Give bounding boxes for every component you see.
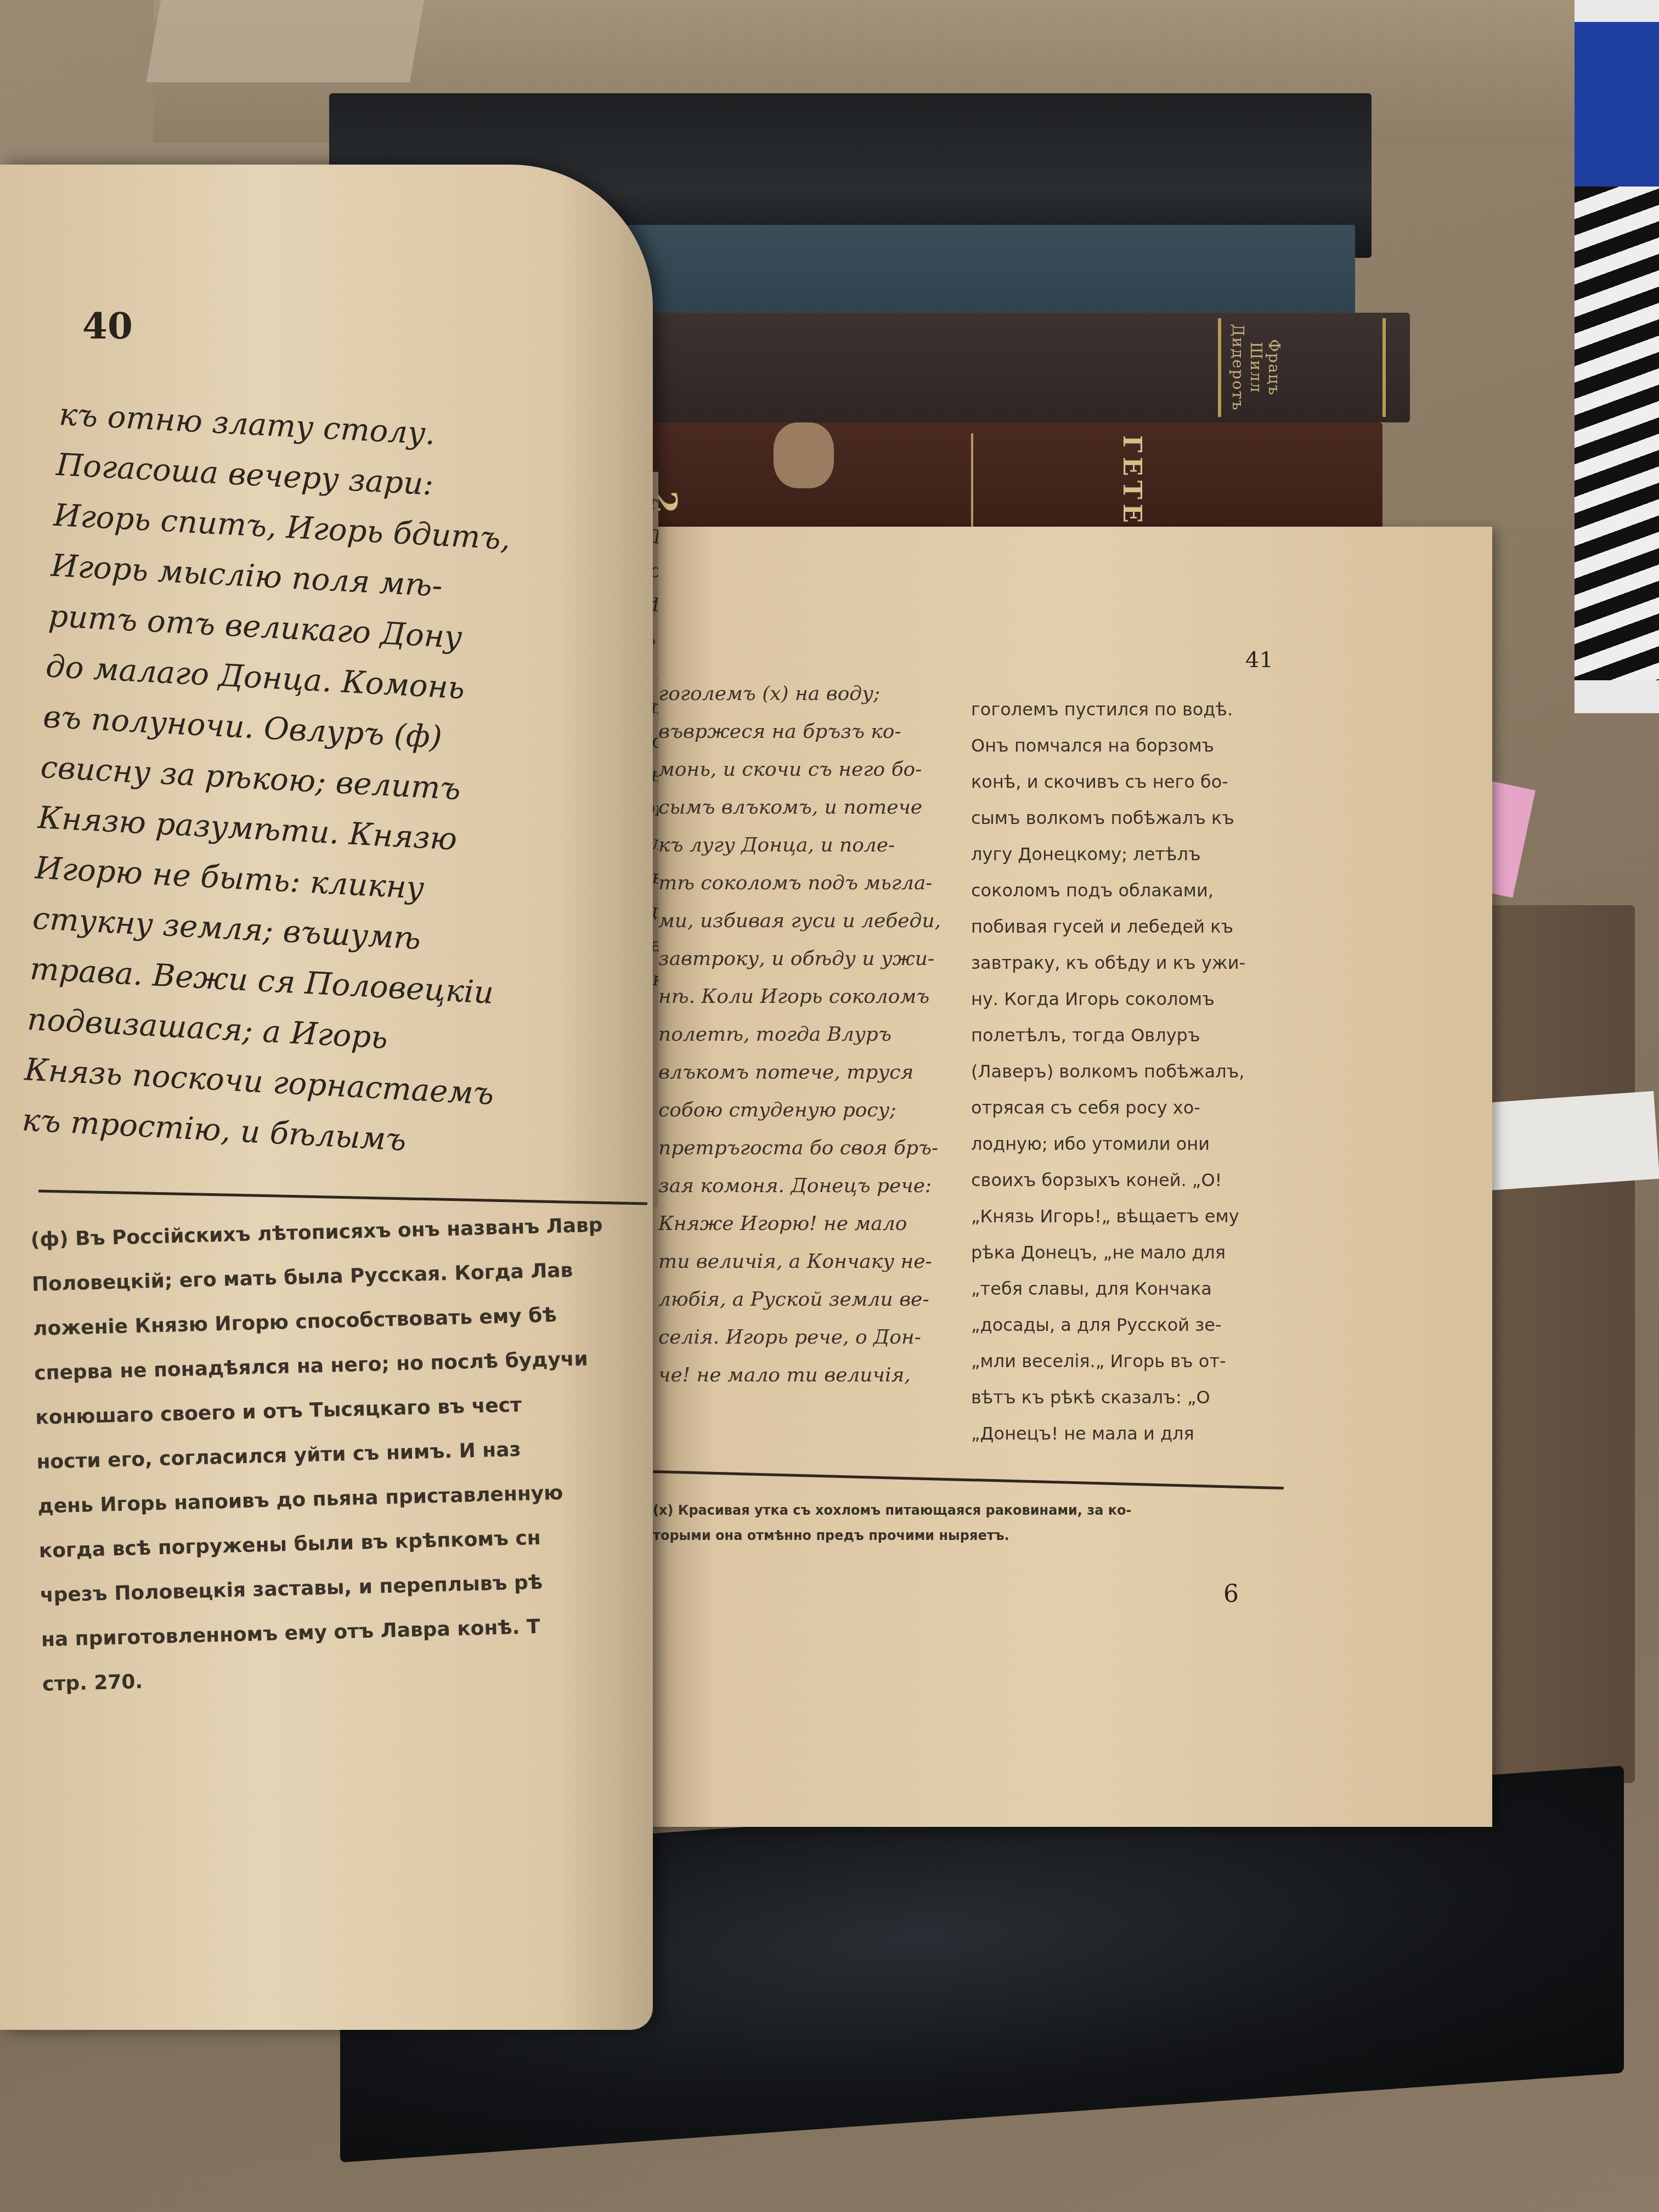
column-line: тѣ соколомъ подъ мьгла- — [658, 864, 966, 902]
paper-scrap — [146, 0, 424, 82]
column-line: къ лугу Донца, и поле- — [658, 826, 966, 864]
page-number: 41 — [1245, 647, 1273, 673]
column-line: въвржеся на бръзъ ко- — [658, 713, 966, 751]
modern-translation-column: гоголемъ пустился по водѣ. Онъ помчался … — [971, 691, 1278, 1452]
spine-author-name: ГЕТЕ — [1118, 435, 1147, 527]
column-line: (Лаверъ) волкомъ побѣжалъ, — [971, 1053, 1278, 1090]
column-line: сымъ волкомъ побѣжалъ къ — [971, 800, 1278, 836]
column-line: гоголемъ пустился по водѣ. — [971, 691, 1278, 727]
column-line: лугу Донецкому; летѣлъ — [971, 836, 1278, 872]
column-line: соколомъ подъ облаками, — [971, 872, 1278, 909]
footnote: (ф) Въ Россійскихъ лѣтописяхъ онъ назван… — [30, 1201, 674, 1707]
column-line: собою студеную росу; — [658, 1091, 966, 1129]
column-line: рѣка Донецъ, „не мало для — [971, 1234, 1278, 1271]
column-line: своихъ борзыхъ коней. „О! — [971, 1162, 1278, 1198]
column-line: завтроку, и обѣду и ужи- — [658, 940, 966, 978]
poster-blue-panel — [1575, 22, 1659, 187]
main-text: къ отню злату столу. Погасоша вечеру зар… — [21, 390, 554, 1171]
footnote-line: торыми она отмѣнно предъ прочими ныряетъ… — [653, 1523, 1311, 1548]
column-line: ми, избивая гуси и лебеди, — [658, 902, 966, 940]
column-line: че! не мало ти величія, — [658, 1356, 966, 1394]
column-line: вѣтъ къ рѣкѣ сказалъ: „О — [971, 1379, 1278, 1415]
worn-patch — [774, 422, 834, 488]
spine-gold-rule — [971, 433, 973, 532]
column-line: зая комоня. Донецъ рече: — [658, 1167, 966, 1205]
column-line: Онъ помчался на борзомъ — [971, 727, 1278, 764]
striped-poster — [1575, 0, 1659, 713]
page-40: 40 къ отню злату столу. Погасоша вечеру … — [0, 165, 653, 2030]
column-line: Княже Игорю! не мало — [658, 1205, 966, 1243]
spine-title-line: Фрацъ — [1266, 339, 1284, 396]
poster-stripes — [1575, 187, 1659, 680]
spine-gold-rule — [1383, 318, 1386, 417]
column-line: любія, а Руской земли ве- — [658, 1280, 966, 1318]
page-number: 40 — [82, 304, 133, 347]
column-line: побивая гусей и лебедей къ — [971, 909, 1278, 945]
white-tag — [1473, 1091, 1659, 1192]
footnote-rule — [653, 1470, 1284, 1489]
column-line: отрясая съ себя росу хо- — [971, 1090, 1278, 1126]
column-line: „досады, а для Русской зе- — [971, 1307, 1278, 1343]
column-line: сымъ влъкомъ, и потече — [658, 788, 966, 826]
column-line: влъкомъ потече, труся — [658, 1053, 966, 1091]
old-slavonic-column: гоголемъ (х) на воду; въвржеся на бръзъ … — [658, 675, 966, 1394]
column-line: „Князь Игорь!„ вѣщаетъ ему — [971, 1198, 1278, 1234]
spine-title-line: Дидеротъ — [1229, 324, 1248, 411]
column-line: ти величія, а Кончаку не- — [658, 1243, 966, 1280]
column-line: полетѣлъ, тогда Овлуръ — [971, 1017, 1278, 1053]
page-41: 41 гоголемъ (х) на воду; въвржеся на бръ… — [647, 527, 1492, 1827]
column-line: ну. Когда Игорь соколомъ — [971, 981, 1278, 1017]
column-line: монь, и скочи съ него бо- — [658, 751, 966, 788]
footnote-line: (х) Красивая утка съ хохломъ питающаяся … — [653, 1498, 1311, 1523]
column-line: полетѣ, тогда Влуръ — [658, 1015, 966, 1053]
column-line: селія. Игорь рече, о Дон- — [658, 1318, 966, 1356]
spine-title-line: Шилл — [1248, 342, 1266, 393]
column-line: „тебя славы, для Кончака — [971, 1271, 1278, 1307]
column-line: нѣ. Коли Игорь соколомъ — [658, 978, 966, 1015]
column-line: конѣ, и скочивъ съ него бо- — [971, 764, 1278, 800]
brown-book-spine-2 — [631, 422, 1383, 538]
footnote: (х) Красивая утка съ хохломъ питающаяся … — [653, 1498, 1311, 1548]
column-line: „Донецъ! не мала и для — [971, 1415, 1278, 1452]
signature-mark: 6 — [1223, 1580, 1239, 1608]
footnote-rule — [38, 1189, 647, 1205]
column-line: „мли веселія.„ Игорь въ от- — [971, 1343, 1278, 1379]
column-line: лодную; ибо утомили они — [971, 1126, 1278, 1162]
column-line: претръгоста бо своя бръ- — [658, 1129, 966, 1167]
column-line: гоголемъ (х) на воду; — [658, 675, 966, 713]
column-line: завтраку, къ обѣду и къ ужи- — [971, 945, 1278, 981]
